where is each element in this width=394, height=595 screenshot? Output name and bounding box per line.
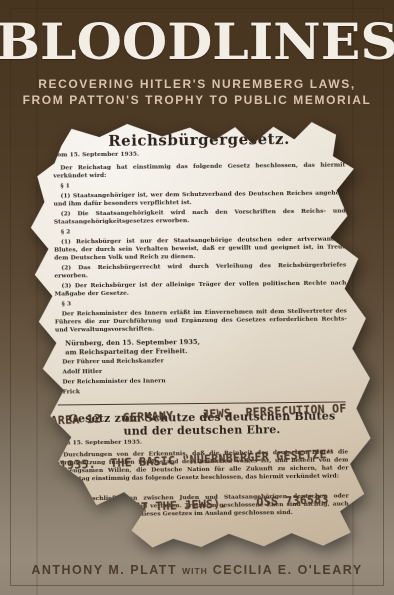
author-connector: with xyxy=(182,566,208,576)
stamp-line-3: (LAWS AGAINST THE JEWS). OSS 736583 xyxy=(54,490,364,518)
law1-intro: Der Reichstag hat einstimmig das folgend… xyxy=(53,161,345,180)
stamp-line-2: 1935. THE BASIC "NUERNBERGER GESETZE" xyxy=(52,445,362,473)
book-cover: BLOODLINES RECOVERING HITLER'S NUREMBERG… xyxy=(0,0,394,595)
book-subtitle: RECOVERING HITLER'S NUREMBERG LAWS, FROM… xyxy=(0,76,394,108)
torn-document-paper: Reichsbürgergesetz. Vom 15. September 19… xyxy=(23,117,375,549)
law1-section2-paragraph-3: (3) Der Reichsbürger ist der alleinige T… xyxy=(54,279,346,298)
document-photograph: Reichsbürgergesetz. Vom 15. September 19… xyxy=(23,117,375,549)
law1-heading: Reichsbürgergesetz. xyxy=(53,129,345,150)
book-title: BLOODLINES xyxy=(0,12,394,71)
law1-section2-label: § 2 xyxy=(54,225,346,236)
subtitle-line-1: RECOVERING HITLER'S NUREMBERG LAWS, xyxy=(38,77,356,91)
author-line: ANTHONY M. PLATT with CECILIA E. O'LEARY xyxy=(0,563,394,577)
law1-section2-paragraph-2: (2) Das Reichsbürgerrecht wird durch Ver… xyxy=(54,261,346,280)
archive-typewriter-stamp: AREA 12 GERMANY JEWS, PERSECUTION OF 193… xyxy=(49,371,366,549)
stamp-line-1: AREA 12 GERMANY JEWS, PERSECUTION OF xyxy=(50,400,360,428)
law1-section3-paragraph-1: Der Reichsminister des Innern erläßt im … xyxy=(55,307,347,334)
law1-date: Vom 15. September 1935. xyxy=(53,148,345,159)
author-2: CECILIA E. O'LEARY xyxy=(213,563,363,577)
law1-section1-paragraph-2: (2) Die Staatsangehörigkeit wird nach de… xyxy=(54,207,346,226)
subtitle-line-2: FROM PATTON'S TROPHY TO PUBLIC MEMORIAL xyxy=(23,93,372,107)
law1-section1-paragraph-1: (1) Staatsangehöriger ist, wer dem Schut… xyxy=(54,189,346,208)
law1-place-date: Nürnberg, den 15. September 1935, am Rei… xyxy=(55,336,347,357)
law1-section2-paragraph-1: (1) Reichsbürger ist nur der Staatsangeh… xyxy=(54,235,346,262)
law1-signature-title-1: Der Führer und Reichskanzler xyxy=(55,355,347,366)
law1-section3-label: § 3 xyxy=(55,297,347,308)
law1-section1-label: § 1 xyxy=(53,179,345,190)
author-1: ANTHONY M. PLATT xyxy=(31,563,177,577)
